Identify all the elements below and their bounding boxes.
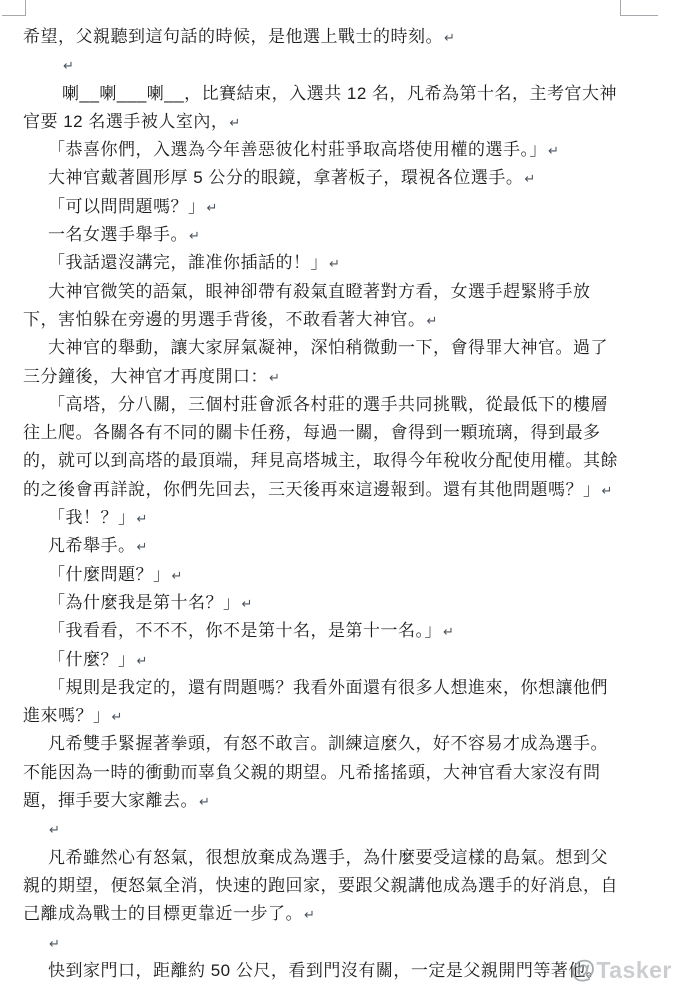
text-line: 一名女選手舉手。↵: [23, 221, 622, 249]
margin-mark-top-left-horizontal: [2, 15, 26, 16]
margin-mark-top-left-vertical: [25, 0, 26, 15]
text-line: 快到家門口，距離約 50 公尺，看到門沒有關，一定是父親開門等著他。: [23, 957, 622, 985]
text-line: 喇__喇___喇__，比賽結束，入選共 12 名，凡希為第十名，主考官大神: [23, 80, 622, 108]
line-text: 「高塔，分八關，三個村莊會派各村莊的選手共同挑戰，從最低下的樓層: [48, 395, 608, 414]
text-line: 題，揮手要大家離去。↵: [23, 787, 622, 815]
text-line: 「什麼？」↵: [23, 646, 622, 674]
text-line: 「我看看，不不不，你不是第十名，是第十一名。」↵: [23, 617, 622, 645]
paragraph-mark-icon: ↵: [427, 313, 438, 328]
empty-line: ↵: [23, 815, 622, 843]
paragraph-mark-icon: ↵: [49, 822, 60, 837]
text-line: 官要 12 名選手被人室內，↵: [23, 108, 622, 136]
text-line: 己離成為戰士的目標更靠近一步了。↵: [23, 900, 622, 928]
line-text: 凡希雖然心有怒氣，很想放棄成為選手，為什麼要受這樣的島氣。想到父: [48, 848, 608, 867]
paragraph-mark-icon: ↵: [304, 907, 315, 922]
text-line: 大神官微笑的語氣，眼神卻帶有殺氣直瞪著對方看，女選手趕緊將手放: [23, 278, 622, 306]
line-text: 的之後會再詳說，你們先回去，三天後再來這邊報到。還有其他問題嗎？」: [23, 480, 601, 499]
line-text: 的，就可以到高塔的最頂端，拜見高塔城主，取得今年稅收分配使用權。其餘: [23, 451, 618, 470]
line-text: 凡希舉手。: [48, 536, 136, 555]
line-text: 「恭喜你們，入選為今年善惡彼化村莊爭取高塔使用權的選手。」: [48, 140, 547, 159]
text-line: 的之後會再詳說，你們先回去，三天後再來這邊報到。還有其他問題嗎？」↵: [23, 476, 622, 504]
text-line: 凡希舉手。↵: [23, 532, 622, 560]
line-text: 「可以問問題嗎？」: [48, 197, 206, 216]
text-line: 「我！？」↵: [23, 504, 622, 532]
text-line: 希望，父親聽到這句話的時候，是他選上戰士的時刻。↵: [23, 23, 622, 51]
line-text: 凡希雙手緊握著拳頭，有怒不敢言。訓練這麼久，好不容易才成為選手。: [48, 734, 608, 753]
text-line: 「可以問問題嗎？」↵: [23, 193, 622, 221]
line-text: 大神官微笑的語氣，眼神卻帶有殺氣直瞪著對方看，女選手趕緊將手放: [48, 282, 591, 301]
text-line: 「恭喜你們，入選為今年善惡彼化村莊爭取高塔使用權的選手。」↵: [23, 136, 622, 164]
margin-mark-top-right-horizontal: [620, 15, 658, 16]
line-text: 「什麼問題？」: [48, 565, 171, 584]
line-text: 己離成為戰士的目標更靠近一步了。: [23, 904, 303, 923]
line-text: 「規則是我定的，還有問題嗎？我看外面還有很多人想進來，你想讓他們: [48, 678, 608, 697]
text-line: 凡希雙手緊握著拳頭，有怒不敢言。訓練這麼久，好不容易才成為選手。: [23, 730, 622, 758]
line-text: 「我話還沒講完，誰准你插話的！」: [48, 253, 328, 272]
document-text[interactable]: 希望，父親聽到這句話的時候，是他選上戰士的時刻。↵↵喇__喇___喇__，比賽結…: [23, 23, 622, 985]
paragraph-mark-icon: ↵: [548, 143, 559, 158]
line-text: 「什麼？」: [48, 650, 136, 669]
line-text: 「我！？」: [48, 508, 136, 527]
paragraph-mark-icon: ↵: [602, 483, 613, 498]
text-line: 「我話還沒講完，誰准你插話的！」↵: [23, 249, 622, 277]
line-text: 大神官的舉動，讓大家屏氣凝神，深怕稍微動一下，會得罪大神官。過了: [48, 338, 608, 357]
text-line: 不能因為一時的衝動而辜負父親的期望。凡希搖搖頭，大神官看大家沒有問: [23, 759, 622, 787]
paragraph-mark-icon: ↵: [189, 228, 200, 243]
text-line: 「為什麼我是第十名？」↵: [23, 589, 622, 617]
paragraph-mark-icon: ↵: [207, 200, 218, 215]
text-line: 親的期望，便怒氣全消，快速的跑回家，要跟父親講他成為選手的好消息，自: [23, 872, 622, 900]
paragraph-mark-icon: ↵: [137, 653, 148, 668]
paragraph-mark-icon: ↵: [172, 568, 183, 583]
line-text: 大神官戴著圓形厚 5 公分的眼鏡，拿著板子，環視各位選手。: [48, 168, 523, 187]
line-text: 下，害怕躲在旁邊的男選手背後，不敢看著大神官。: [23, 310, 426, 329]
paragraph-mark-icon: ↵: [137, 539, 148, 554]
line-text: 往上爬。各關各有不同的關卡任務，每過一關，會得到一顆琉璃，得到最多: [23, 423, 601, 442]
paragraph-mark-icon: ↵: [199, 794, 210, 809]
paragraph-mark-icon: ↵: [242, 596, 253, 611]
paragraph-mark-icon: ↵: [443, 624, 454, 639]
paragraph-mark-icon: ↵: [444, 30, 455, 45]
line-text: 一名女選手舉手。: [48, 225, 188, 244]
line-text: 快到家門口，距離約 50 公尺，看到門沒有關，一定是父親開門等著他。: [48, 961, 603, 980]
text-line: 「高塔，分八關，三個村莊會派各村莊的選手共同挑戰，從最低下的樓層: [23, 391, 622, 419]
paragraph-mark-icon: ↵: [329, 256, 340, 271]
paragraph-mark-icon: ↵: [229, 115, 240, 130]
text-line: 凡希雖然心有怒氣，很想放棄成為選手，為什麼要受這樣的島氣。想到父: [23, 844, 622, 872]
line-text: 親的期望，便怒氣全消，快速的跑回家，要跟父親講他成為選手的好消息，自: [23, 876, 618, 895]
margin-mark-top-right-vertical: [620, 0, 621, 15]
line-text: 不能因為一時的衝動而辜負父親的期望。凡希搖搖頭，大神官看大家沒有問: [23, 763, 601, 782]
text-line: 下，害怕躲在旁邊的男選手背後，不敢看著大神官。↵: [23, 306, 622, 334]
text-line: 「什麼問題？」↵: [23, 561, 622, 589]
paragraph-mark-icon: ↵: [112, 709, 123, 724]
line-text: 「為什麼我是第十名？」: [48, 593, 241, 612]
paragraph-mark-icon: ↵: [49, 936, 60, 951]
line-text: 題，揮手要大家離去。: [23, 791, 198, 810]
line-text: 喇__喇___喇__，比賽結束，入選共 12 名，凡希為第十名，主考官大神: [62, 84, 617, 103]
line-text: 三分鐘後，大神官才再度開口：: [23, 367, 268, 386]
line-text: 官要 12 名選手被人室內，: [23, 112, 228, 131]
document-page: 希望，父親聽到這句話的時候，是他選上戰士的時刻。↵↵喇__喇___喇__，比賽結…: [0, 0, 682, 1000]
watermark: @ Tasker: [571, 958, 672, 983]
watermark-label: Tasker: [596, 959, 671, 982]
text-line: 往上爬。各關各有不同的關卡任務，每過一關，會得到一顆琉璃，得到最多: [23, 419, 622, 447]
text-line: 三分鐘後，大神官才再度開口：↵: [23, 363, 622, 391]
text-line: 大神官的舉動，讓大家屏氣凝神，深怕稍微動一下，會得罪大神官。過了: [23, 334, 622, 362]
tasker-logo-icon: @: [571, 958, 595, 983]
paragraph-mark-icon: ↵: [137, 511, 148, 526]
text-line: 的，就可以到高塔的最頂端，拜見高塔城主，取得今年稅收分配使用權。其餘: [23, 447, 622, 475]
paragraph-mark-icon: ↵: [63, 58, 74, 73]
line-text: 「我看看，不不不，你不是第十名，是第十一名。」: [48, 621, 442, 640]
text-line: 進來嗎？」↵: [23, 702, 622, 730]
empty-line: ↵: [23, 51, 622, 79]
line-text: 進來嗎？」: [23, 706, 111, 725]
text-line: 「規則是我定的，還有問題嗎？我看外面還有很多人想進來，你想讓他們: [23, 674, 622, 702]
text-line: 大神官戴著圓形厚 5 公分的眼鏡，拿著板子，環視各位選手。↵: [23, 164, 622, 192]
empty-line: ↵: [23, 929, 622, 957]
paragraph-mark-icon: ↵: [269, 370, 280, 385]
paragraph-mark-icon: ↵: [524, 171, 535, 186]
line-text: 希望，父親聽到這句話的時候，是他選上戰士的時刻。: [23, 27, 443, 46]
